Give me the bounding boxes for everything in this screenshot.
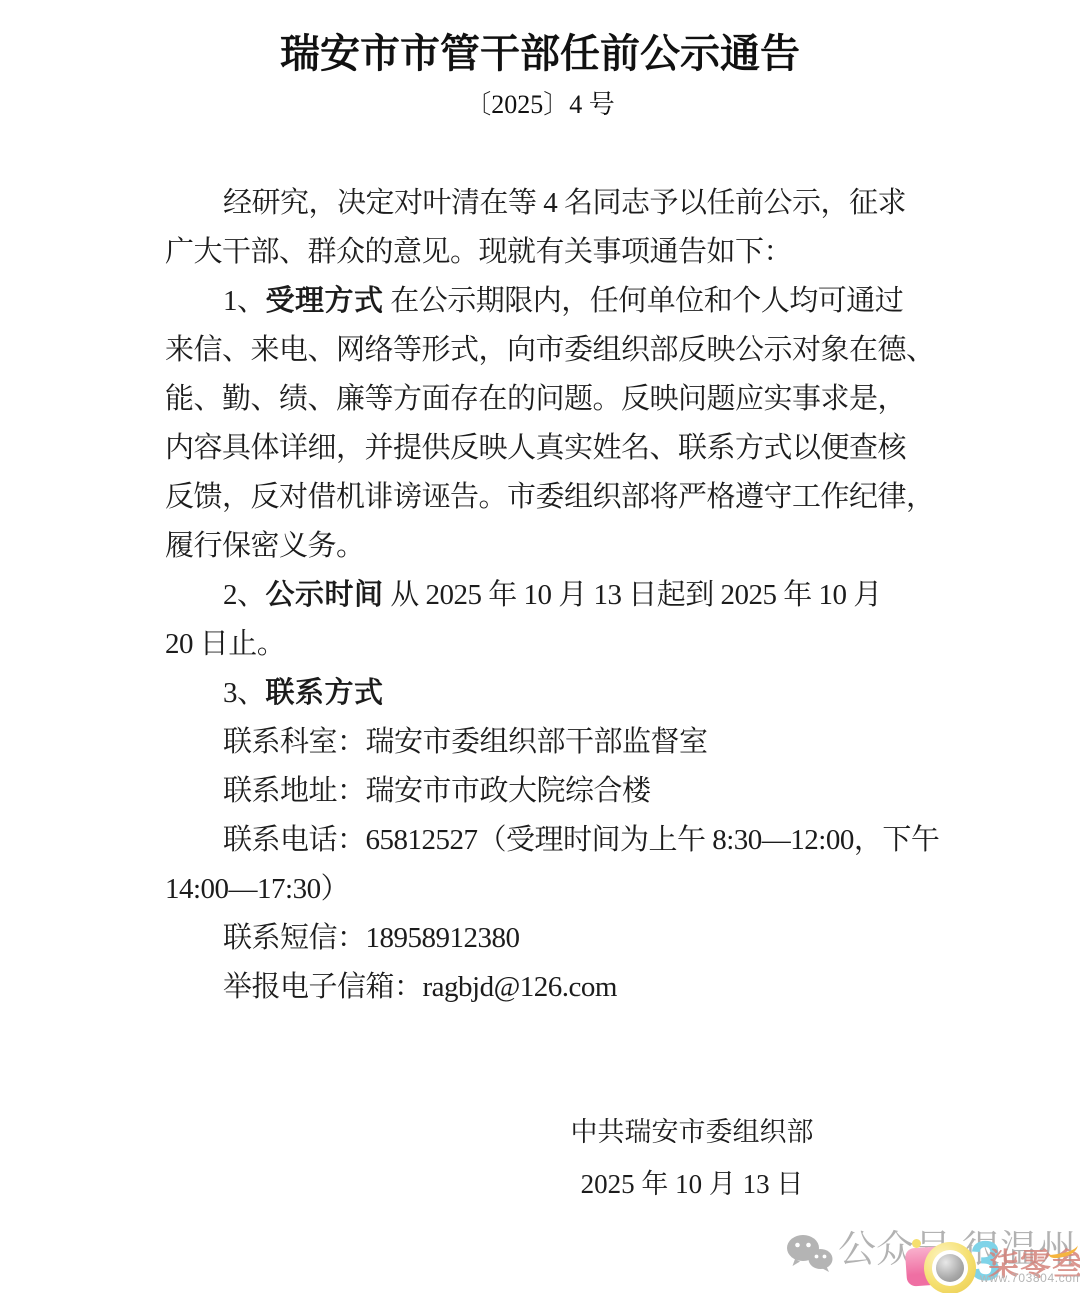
section-heading: 受理方式: [266, 285, 384, 317]
camera-flash-icon: [912, 1239, 921, 1248]
body-text: 举报电子信箱：ragbjd@126.com: [223, 971, 617, 1003]
section-number: 3、: [223, 677, 266, 709]
body-line: 2、公示时间 从 2025 年 10 月 13 日起到 2025 年 10 月: [165, 571, 925, 620]
body-line: 1、受理方式 在公示期限内，任何单位和个人均可通过: [165, 277, 925, 326]
signature-date: 2025 年 10 月 13 日: [571, 1158, 814, 1210]
signature-block: 中共瑞安市委组织部 2025 年 10 月 13 日: [571, 1106, 814, 1210]
signature-org: 中共瑞安市委组织部: [571, 1106, 814, 1158]
camera-lens-ball: [936, 1254, 964, 1282]
body-text: 能、勤、绩、廉等方面存在的问题。反映问题应实事求是，: [165, 383, 906, 415]
body-text: 14:00—17:30）: [165, 873, 349, 905]
body-text: 联系地址：瑞安市市政大院综合楼: [223, 775, 651, 807]
watermark: 公众号 很温州 3 柒零叁 www.703804.com: [770, 1225, 1080, 1293]
body-text: 经研究，决定对叶清在等 4 名同志予以任前公示，征求: [223, 187, 906, 219]
section-number: 2、: [223, 579, 266, 611]
page-title: 瑞安市市管干部任前公示通告: [0, 22, 1080, 79]
body-text: 来信、来电、网络等形式，向市委组织部反映公示对象在德、: [165, 334, 935, 366]
body-text: 20 日止。: [165, 628, 285, 660]
body-line: 来信、来电、网络等形式，向市委组织部反映公示对象在德、: [165, 326, 925, 375]
body-text: 从 2025 年 10 月 13 日起到 2025 年 10 月: [384, 579, 882, 611]
section-number: 1、: [223, 285, 266, 317]
body-line: 20 日止。: [165, 620, 925, 669]
body-line: 联系科室：瑞安市委组织部干部监督室: [165, 718, 925, 767]
body-text: 内容具体详细，并提供反映人真实姓名、联系方式以便查核: [165, 432, 906, 464]
body-line: 联系地址：瑞安市市政大院综合楼: [165, 767, 925, 816]
body-line: 3、联系方式: [165, 669, 925, 718]
body-text: 履行保密义务。: [165, 530, 365, 562]
body-line: 经研究，决定对叶清在等 4 名同志予以任前公示，征求: [165, 179, 925, 228]
body-text: 反馈，反对借机诽谤诬告。市委组织部将严格遵守工作纪律，: [165, 481, 935, 513]
section-heading: 公示时间: [266, 579, 384, 611]
body-text: 在公示期限内，任何单位和个人均可通过: [384, 285, 904, 317]
body-lines: 经研究，决定对叶清在等 4 名同志予以任前公示，征求广大干部、群众的意见。现就有…: [165, 179, 925, 1012]
body-line: 联系短信：18958912380: [165, 914, 925, 963]
body-text: 联系短信：18958912380: [223, 922, 520, 954]
section-heading: 联系方式: [266, 677, 384, 709]
body-line: 反馈，反对借机诽谤诬告。市委组织部将严格遵守工作纪律，: [165, 473, 925, 522]
wechat-icon: [786, 1234, 833, 1278]
body-line: 广大干部、群众的意见。现就有关事项通告如下：: [165, 228, 925, 277]
body-line: 举报电子信箱：ragbjd@126.com: [165, 963, 925, 1012]
body-line: 内容具体详细，并提供反映人真实姓名、联系方式以便查核: [165, 424, 925, 473]
body-text: 广大干部、群众的意见。现就有关事项通告如下：: [165, 236, 792, 268]
notice-document: 瑞安市市管干部任前公示通告 〔2025〕4 号 经研究，决定对叶清在等 4 名同…: [0, 0, 1080, 1293]
document-number: 〔2025〕4 号: [0, 84, 1080, 121]
watermark-url: www.703804.com: [980, 1272, 1080, 1284]
camera-lens-icon: [924, 1242, 976, 1293]
body-text: 联系科室：瑞安市委组织部干部监督室: [223, 726, 708, 758]
body-line: 履行保密义务。: [165, 522, 925, 571]
body-line: 联系电话：65812527（受理时间为上午 8:30—12:00，下午: [165, 816, 925, 865]
body-line: 能、勤、绩、廉等方面存在的问题。反映问题应实事求是，: [165, 375, 925, 424]
body-text: 联系电话：65812527（受理时间为上午 8:30—12:00，下午: [223, 824, 939, 856]
body-line: 14:00—17:30）: [165, 865, 925, 914]
